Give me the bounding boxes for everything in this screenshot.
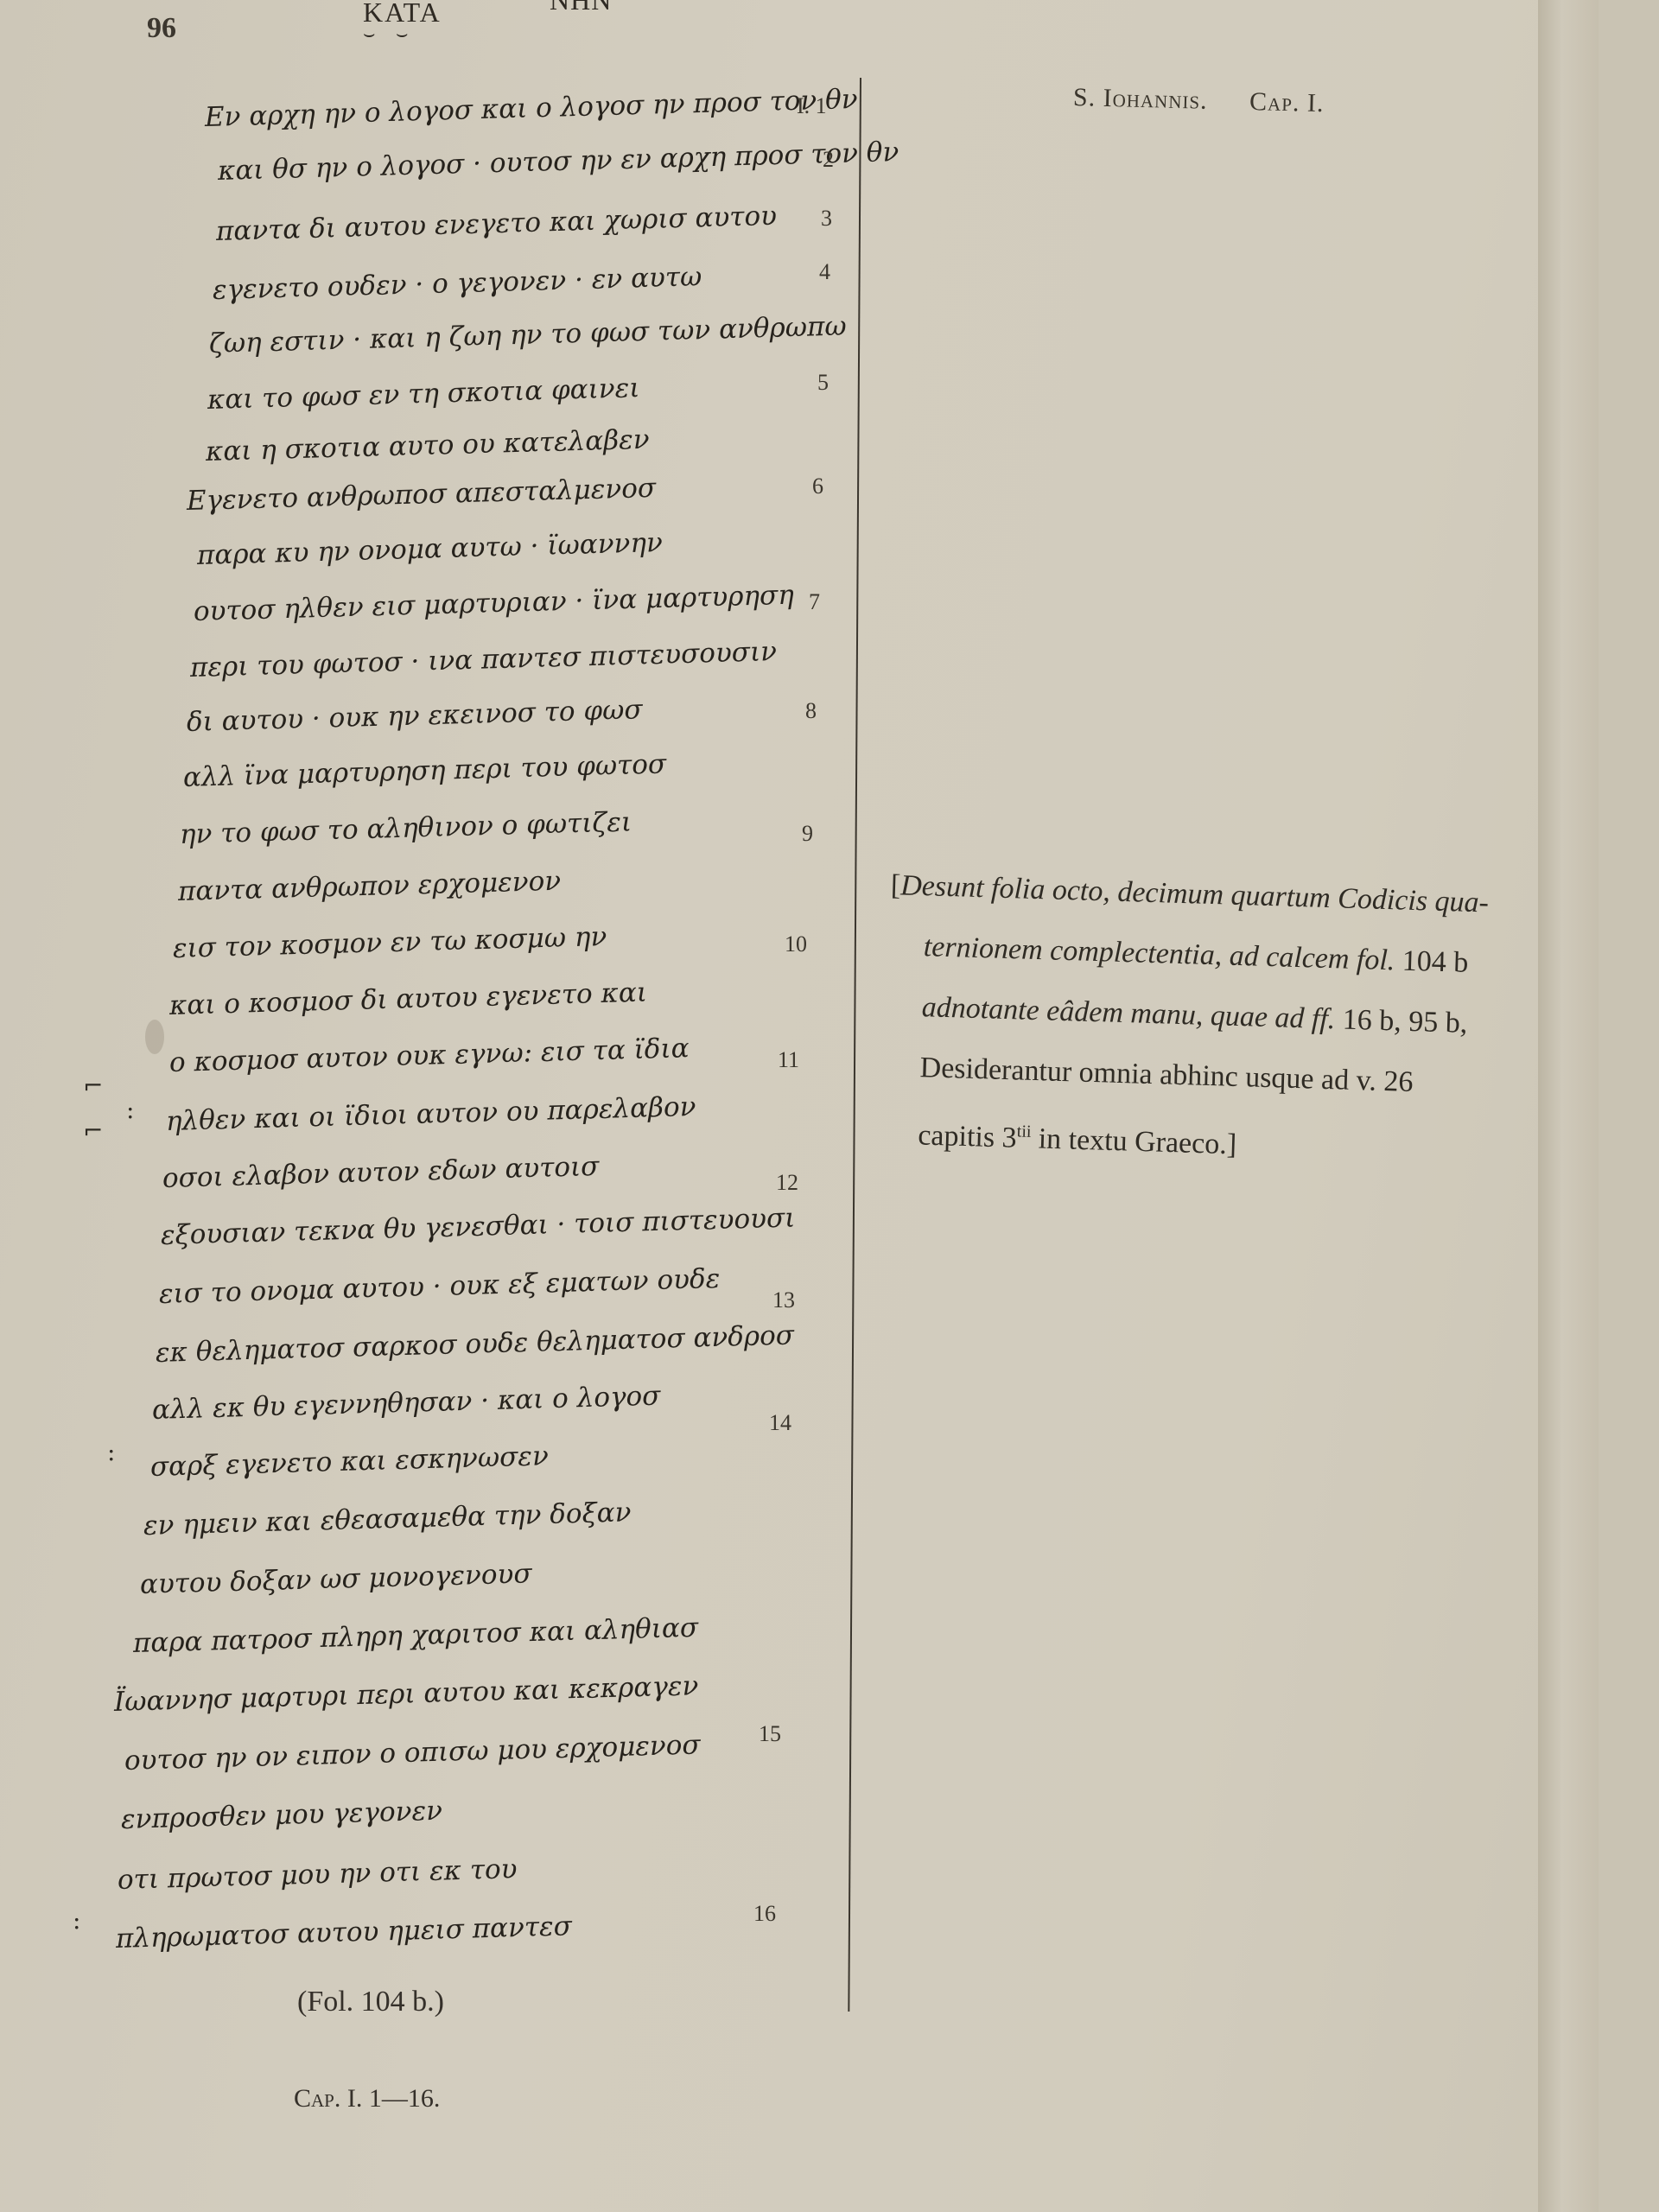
book-page: 96 KATA ⌣ ⌣ NHN S. Iohannis. Cap. I. Εν … <box>0 0 1599 2212</box>
margin-colon-mark: : <box>73 1906 80 1935</box>
greek-line: και το φωσ εν τη σκοτια φαινει <box>207 372 639 416</box>
latin-editorial-note: [Desunt folia octo, decimum quartum Codi… <box>882 855 1573 1185</box>
running-head-suffix: NHN <box>550 0 612 16</box>
verse-number: 12 <box>776 1170 798 1196</box>
column-divider <box>848 78 861 2012</box>
greek-line: Εν αρχη ην ο λογοσ και ο λογοσ ην προσ τ… <box>204 84 858 133</box>
greek-line: παντα δι αυτου ενεγετο και χωρισ αυτου <box>215 200 777 247</box>
verse-number: 10 <box>785 931 807 957</box>
paper-smudge <box>145 1020 164 1054</box>
greek-line: αλλ ϊνα μαρτυρηση περι του φωτοσ <box>182 748 666 793</box>
greek-line: αλλ εκ θυ εγεννηθησαν · και ο λογοσ <box>151 1381 660 1426</box>
running-head-greek: KATA ⌣ ⌣ <box>363 0 442 29</box>
greek-line: αυτου δοξαν ωσ μονογενουσ <box>139 1558 531 1600</box>
greek-line: εισ τον κοσμον εν τω κοσμω ην <box>172 921 607 964</box>
greek-line: παντα ανθρωπον ερχομενον <box>177 866 561 907</box>
greek-line: εξουσιαν τεκνα θυ γενεσθαι · τοισ πιστευ… <box>160 1202 795 1250</box>
greek-line: και η σκοτια αυτο ου κατελαβεν <box>205 424 650 467</box>
folio-note: (Fol. 104 b.) <box>297 1986 444 2018</box>
verse-number: 8 <box>805 698 817 724</box>
verse-number: 11 <box>778 1047 799 1073</box>
verse-number: 13 <box>772 1287 795 1313</box>
running-head-chapter: Cap. I. <box>1249 87 1325 118</box>
verse-number: 16 <box>753 1901 776 1927</box>
verse-number: 14 <box>769 1410 791 1436</box>
greek-line: δι αυτου · ουκ ην εκεινοσ το φωσ <box>186 694 643 738</box>
verse-number: 7 <box>809 589 820 615</box>
greek-line: και θσ ην ο λογοσ · ουτοσ ην εν αρχη προ… <box>217 137 899 187</box>
verse-number: 5 <box>817 370 829 396</box>
greek-line: οτι πρωτοσ μου ην οτι εκ του <box>117 1853 517 1896</box>
greek-line: ουτοσ ην ον ειπον ο οπισω μου ερχομενοσ <box>124 1729 701 1777</box>
margin-colon-mark: : <box>126 1096 134 1124</box>
greek-line: ουτοσ ηλθεν εισ μαρτυριαν · ϊνα μαρτυρησ… <box>193 580 794 627</box>
margin-bracket-mark: ⌐ <box>83 1071 103 1100</box>
greek-line: Ϊωαννησ μαρτυρι περι αυτου και κεκραγεν <box>113 1670 698 1718</box>
greek-line: εν ημειν και εθεασαμεθα την δοξαν <box>143 1497 631 1541</box>
verse-number: 3 <box>821 206 832 232</box>
greek-line: σαρξ εγενετο και εσκηνωσεν <box>149 1440 549 1483</box>
page-number: 96 <box>147 12 176 45</box>
greek-line: οσοι ελαβον αυτον εδων αυτοισ <box>162 1151 599 1194</box>
verse-number: 2 <box>823 147 834 173</box>
chapter-footer: Cap. I. 1—16. <box>294 2084 440 2113</box>
margin-colon-mark: : <box>107 1438 115 1466</box>
greek-line: και ο κοσμοσ δι αυτου εγενετο και <box>168 977 647 1021</box>
verse-number: 4 <box>819 259 830 285</box>
abbreviation-mark: ⌣ <box>363 22 377 45</box>
greek-line: εισ το ονομα αυτου · ουκ εξ εματων ουδε <box>158 1263 720 1310</box>
greek-line: εκ θεληματοσ σαρκοσ ουδε θεληματοσ ανδρο… <box>155 1319 794 1369</box>
greek-line: ηλθεν και οι ϊδιοι αυτον ου παρελαβον <box>165 1091 696 1137</box>
running-head-latin: S. Iohannis. Cap. I. <box>1073 83 1359 119</box>
verse-number: I. 1 <box>797 93 827 119</box>
greek-line: πληρωματοσ αυτου ημεισ παντεσ <box>115 1910 572 1955</box>
verse-number: 6 <box>812 474 823 499</box>
greek-line: ο κοσμοσ αυτον ουκ εγνω: εισ τα ϊδια <box>168 1033 689 1078</box>
greek-line: Εγενετο ανθρωποσ απεσταλμενοσ <box>186 473 656 517</box>
verse-number: 9 <box>802 821 813 847</box>
greek-line: ενπροσθεν μου γεγονεν <box>120 1796 442 1835</box>
greek-line: παρα πατροσ πληρη χαριτοσ και αληθιασ <box>132 1612 698 1659</box>
greek-line: παρα κυ ην ονομα αυτω · ϊωαννην <box>196 527 663 571</box>
verse-number: 15 <box>759 1721 781 1747</box>
greek-line: ην το φωσ το αληθινον ο φωτιζει <box>179 806 632 850</box>
margin-bracket-mark: ⌐ <box>83 1116 103 1145</box>
greek-line: περι του φωτοσ · ινα παντεσ πιστευσουσιν <box>189 636 777 683</box>
greek-line: εγενετο ουδεν · ο γεγονεν · εν αυτω <box>212 261 702 306</box>
abbreviation-mark: ⌣ <box>396 22 410 45</box>
greek-line: ζωη εστιν · και η ζωη ην το φωσ των ανθρ… <box>208 310 847 359</box>
running-head-title: S. Iohannis. <box>1073 83 1208 115</box>
